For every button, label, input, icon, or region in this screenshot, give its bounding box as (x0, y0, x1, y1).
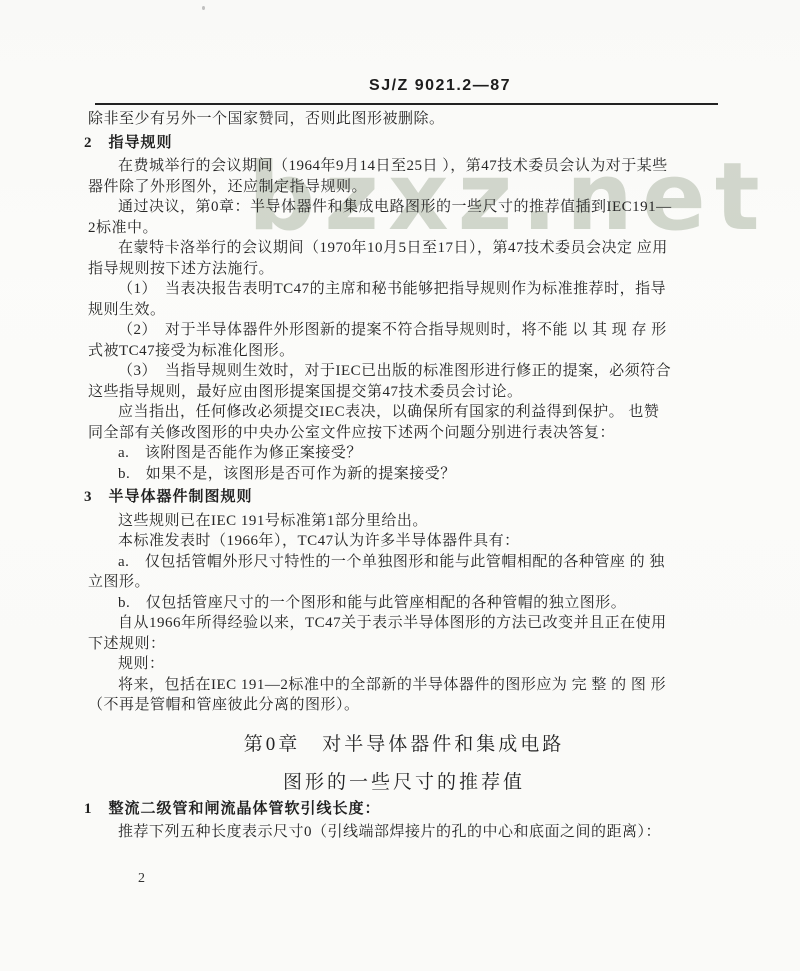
text-line: （不再是管帽和管座彼此分离的图形）。 (88, 695, 720, 716)
text-line: b. 如果不是，该图形是否可作为新的提案接受？ (88, 464, 720, 485)
text-line: 指导规则按下述方法施行。 (88, 259, 720, 280)
text-line: 器件除了外形图外，还应制定指导规则。 (88, 177, 720, 198)
scan-speck (202, 6, 205, 10)
text-line: 自从1966年所得经验以来，TC47关于表示半导体图形的方法已改变并且正在使用 (88, 613, 720, 634)
text-line: b. 仅包括管座尺寸的一个图形和能与此管座相配的各种管帽的独立图形。 (88, 593, 720, 614)
standard-code-header: SJ/Z 9021.2—87 (40, 77, 800, 95)
text-line: 立图形。 (88, 572, 720, 593)
text-line: 除非至少有另外一个国家赞同，否则此图形被删除。 (88, 109, 720, 130)
text-line: 在蒙特卡洛举行的会议期间（1970年10月5日至17日），第47技术委员会决定 … (88, 238, 720, 259)
text-line: 本标准发表时（1966年），TC47认为许多半导体器件具有： (88, 531, 720, 552)
text-line: 推荐下列五种长度表示尺寸0（引线端部焊接片的孔的中心和底面之间的距离）： (88, 822, 720, 843)
text-line: 规则： (88, 654, 720, 675)
text-line: 同全部有关修改图形的中央办公室文件应按下述两个问题分别进行表决答复： (88, 423, 720, 444)
text-line: 下述规则： (88, 634, 720, 655)
text-line: （2） 对于半导体器件外形图新的提案不符合指导规则时，将不能 以 其 现 存 形 (88, 320, 720, 341)
text-line: a. 仅包括管帽外形尺寸特性的一个单独图形和能与此管帽相配的各种管座 的 独 (88, 552, 720, 573)
text-line: 在费城举行的会议期间（1964年9月14日至25日 ），第47技术委员会认为对于… (88, 156, 720, 177)
text-line: （1） 当表决报告表明TC47的主席和秘书能够把指导规则作为标准推荐时，指导 (88, 279, 720, 300)
page-number: 2 (138, 869, 720, 890)
scanned-document-page: bzxz.net SJ/Z 9021.2—87 除非至少有另外一个国家赞同，否则… (0, 0, 800, 971)
document-body: 除非至少有另外一个国家赞同，否则此图形被删除。2 指导规则在费城举行的会议期间（… (88, 109, 720, 889)
text-line: 第0章 对半导体器件和集成电路 (88, 731, 720, 758)
text-line: 1 整流二级管和闸流晶体管软引线长度： (84, 799, 720, 820)
text-line: 2标准中。 (88, 218, 720, 239)
text-line: 2 指导规则 (84, 133, 720, 154)
text-line: 3 半导体器件制图规则 (84, 487, 720, 508)
text-line: （3） 当指导规则生效时，对于IEC已出版的标准图形进行修正的提案，必须符合 (88, 361, 720, 382)
text-line: 图形的一些尺寸的推荐值 (88, 769, 720, 796)
text-line: 通过决议，第0章：半导体器件和集成电路图形的一些尺寸的推荐值插到IEC191— (88, 197, 720, 218)
text-line: a. 该附图是否能作为修正案接受？ (88, 443, 720, 464)
text-line: 这些指导规则，最好应由图形提案国提交第47技术委员会讨论。 (88, 382, 720, 403)
text-line: 这些规则已在IEC 191号标准第1部分里给出。 (88, 511, 720, 532)
header-rule (95, 103, 718, 105)
text-line: 规则生效。 (88, 300, 720, 321)
text-line: 将来，包括在IEC 191—2标准中的全部新的半导体器件的图形应为 完 整 的 … (88, 675, 720, 696)
text-line: 应当指出，任何修改必须提交IEC表决，以确保所有国家的利益得到保护。 也赞 (88, 402, 720, 423)
text-line: 式被TC47接受为标准化图形。 (88, 341, 720, 362)
